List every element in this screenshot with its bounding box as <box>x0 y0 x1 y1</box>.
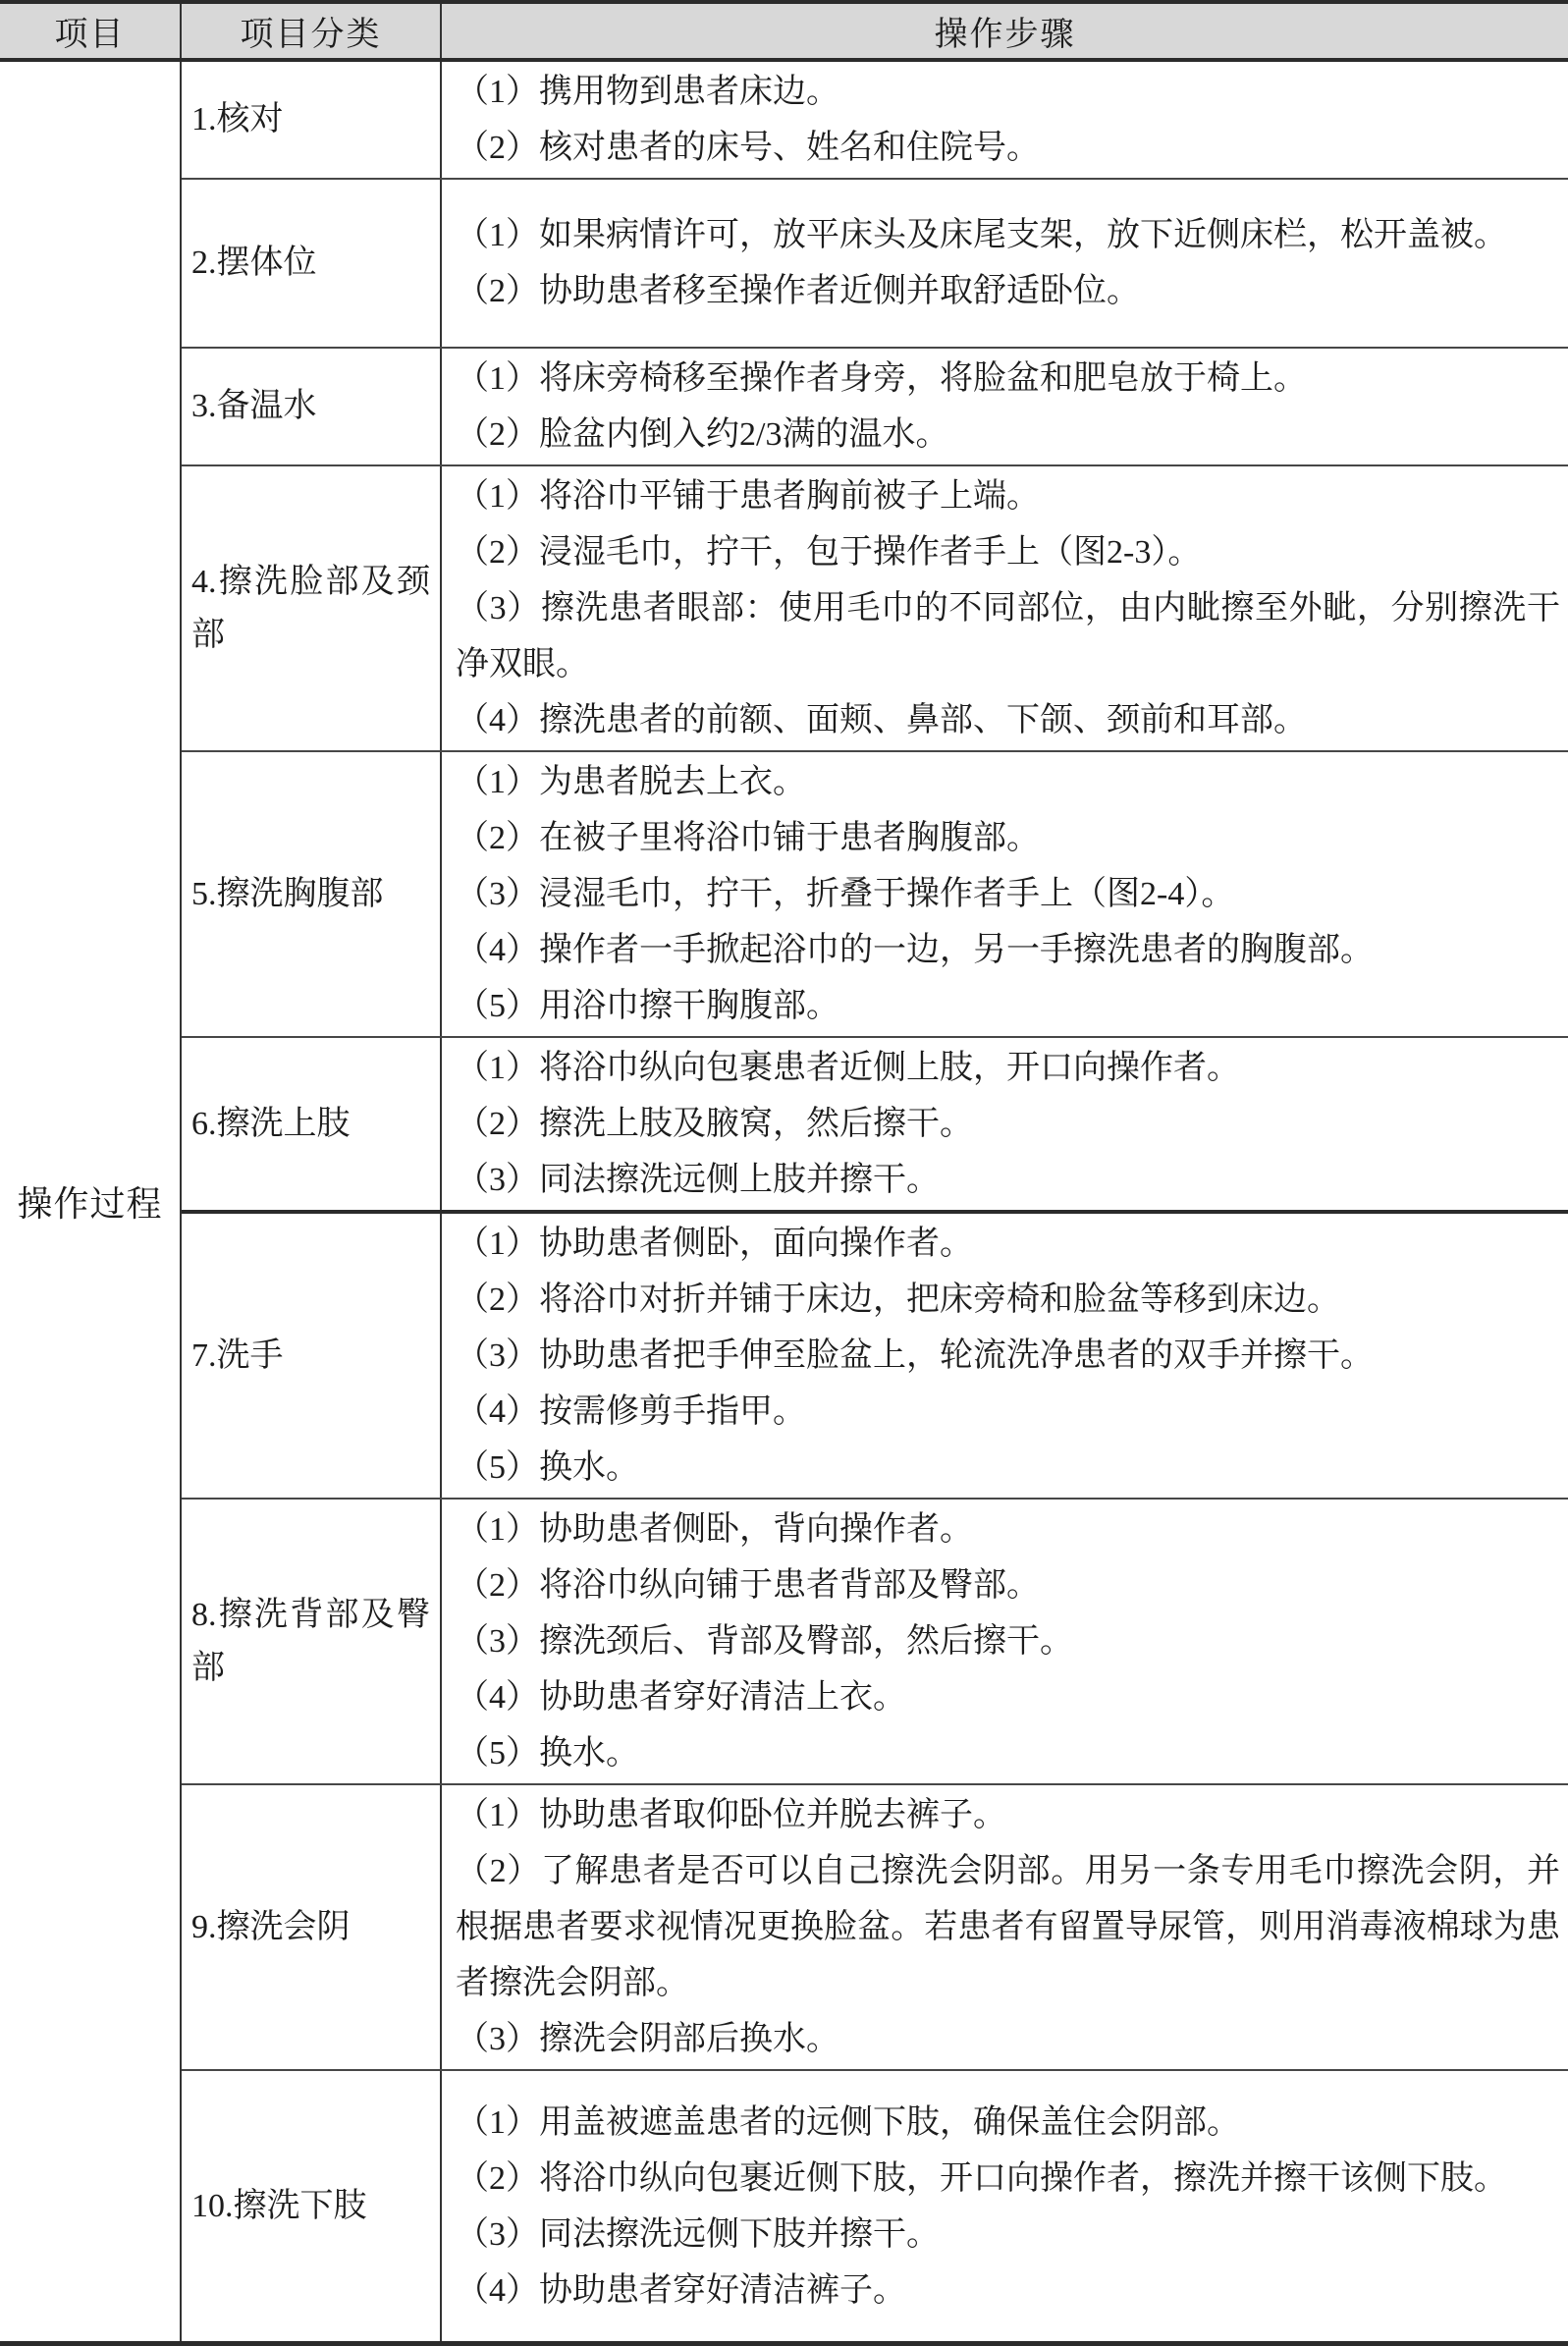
step-text: （4）擦洗患者的前额、面颊、鼻部、下颌、颈前和耳部。 <box>456 692 1560 748</box>
step-text: （1）将浴巾纵向包裹患者近侧上肢，开口向操作者。 <box>456 1040 1560 1096</box>
category-cell: 9.擦洗会阴 <box>182 1785 442 2069</box>
step-text: （2）浸湿毛巾，拧干，包于操作者手上（图2-3）。 <box>456 524 1560 580</box>
category-cell: 3.备温水 <box>182 349 442 464</box>
table-row: 4.擦洗脸部及颈部 （1）将浴巾平铺于患者胸前被子上端。 （2）浸湿毛巾，拧干，… <box>182 464 1568 750</box>
category-label: 3.备温水 <box>191 380 430 433</box>
row-group-label: 操作过程 <box>0 62 182 2341</box>
table-rows: 1.核对 （1）携用物到患者床边。 （2）核对患者的床号、姓名和住院号。 2.摆… <box>182 62 1568 2341</box>
step-text: （2）将浴巾纵向包裹近侧下肢，开口向操作者，擦洗并擦干该侧下肢。 <box>456 2151 1560 2207</box>
step-text: （3）擦洗颈后、背部及臀部，然后擦干。 <box>456 1613 1560 1669</box>
step-text: （1）协助患者取仰卧位并脱去裤子。 <box>456 1787 1560 1843</box>
category-label: 9.擦洗会阴 <box>191 1901 430 1954</box>
category-label: 4.擦洗脸部及颈部 <box>191 556 430 662</box>
steps-cell: （1）协助患者取仰卧位并脱去裤子。 （2）了解患者是否可以自己擦洗会阴部。用另一… <box>442 1785 1568 2069</box>
step-text: （3）协助患者把手伸至脸盆上，轮流洗净患者的双手并擦干。 <box>456 1328 1560 1384</box>
step-text: （3）同法擦洗远侧上肢并擦干。 <box>456 1152 1560 1208</box>
step-text: （5）换水。 <box>456 1440 1560 1496</box>
steps-cell: （1）将床旁椅移至操作者身旁，将脸盆和肥皂放于椅上。 （2）脸盆内倒入约2/3满… <box>442 349 1568 464</box>
step-text: （2）擦洗上肢及腋窝，然后擦干。 <box>456 1096 1560 1152</box>
table-row: 10.擦洗下肢 （1）用盖被遮盖患者的远侧下肢，确保盖住会阴部。 （2）将浴巾纵… <box>182 2069 1568 2341</box>
step-text: （1）如果病情许可，放平床头及床尾支架，放下近侧床栏，松开盖被。 <box>456 207 1560 263</box>
steps-cell: （1）用盖被遮盖患者的远侧下肢，确保盖住会阴部。 （2）将浴巾纵向包裹近侧下肢，… <box>442 2071 1568 2341</box>
table-row: 7.洗手 （1）协助患者侧卧，面向操作者。 （2）将浴巾对折并铺于床边，把床旁椅… <box>182 1210 1568 1498</box>
procedure-table: 项目 项目分类 操作步骤 操作过程 1.核对 （1）携用物到患者床边。 （2）核… <box>0 0 1568 2346</box>
steps-cell: （1）协助患者侧卧，背向操作者。 （2）将浴巾纵向铺于患者背部及臀部。 （3）擦… <box>442 1500 1568 1783</box>
category-cell: 6.擦洗上肢 <box>182 1038 442 1210</box>
table-row: 6.擦洗上肢 （1）将浴巾纵向包裹患者近侧上肢，开口向操作者。 （2）擦洗上肢及… <box>182 1036 1568 1210</box>
step-text: （5）换水。 <box>456 1725 1560 1781</box>
step-text: （1）为患者脱去上衣。 <box>456 754 1560 810</box>
step-text: （3）擦洗患者眼部：使用毛巾的不同部位，由内眦擦至外眦，分别擦洗干净双眼。 <box>456 580 1560 692</box>
table-row: 2.摆体位 （1）如果病情许可，放平床头及床尾支架，放下近侧床栏，松开盖被。 （… <box>182 178 1568 347</box>
step-text: （3）浸湿毛巾，拧干，折叠于操作者手上（图2-4）。 <box>456 866 1560 922</box>
table-row: 1.核对 （1）携用物到患者床边。 （2）核对患者的床号、姓名和住院号。 <box>182 62 1568 178</box>
step-text: （5）用浴巾擦干胸腹部。 <box>456 978 1560 1034</box>
steps-cell: （1）如果病情许可，放平床头及床尾支架，放下近侧床栏，松开盖被。 （2）协助患者… <box>442 180 1568 347</box>
step-text: （2）核对患者的床号、姓名和住院号。 <box>456 120 1560 176</box>
step-text: （2）了解患者是否可以自己擦洗会阴部。用另一条专用毛巾擦洗会阴，并根据患者要求视… <box>456 1843 1560 2011</box>
step-text: （1）将床旁椅移至操作者身旁，将脸盆和肥皂放于椅上。 <box>456 351 1560 407</box>
step-text: （1）用盖被遮盖患者的远侧下肢，确保盖住会阴部。 <box>456 2095 1560 2151</box>
category-cell: 1.核对 <box>182 62 442 178</box>
category-cell: 8.擦洗背部及臀部 <box>182 1500 442 1783</box>
step-text: （4）按需修剪手指甲。 <box>456 1384 1560 1440</box>
table-row: 8.擦洗背部及臀部 （1）协助患者侧卧，背向操作者。 （2）将浴巾纵向铺于患者背… <box>182 1498 1568 1783</box>
step-text: （4）操作者一手掀起浴巾的一边，另一手擦洗患者的胸腹部。 <box>456 922 1560 978</box>
category-label: 7.洗手 <box>191 1330 430 1383</box>
step-text: （2）脸盆内倒入约2/3满的温水。 <box>456 407 1560 463</box>
steps-cell: （1）为患者脱去上衣。 （2）在被子里将浴巾铺于患者胸腹部。 （3）浸湿毛巾，拧… <box>442 752 1568 1036</box>
category-label: 1.核对 <box>191 93 430 146</box>
category-cell: 4.擦洗脸部及颈部 <box>182 466 442 750</box>
category-label: 5.擦洗胸腹部 <box>191 868 430 921</box>
step-text: （1）将浴巾平铺于患者胸前被子上端。 <box>456 468 1560 524</box>
category-label: 10.擦洗下肢 <box>191 2180 430 2233</box>
step-text: （4）协助患者穿好清洁裤子。 <box>456 2263 1560 2319</box>
header-cell-item: 项目 <box>0 4 182 58</box>
category-label: 2.摆体位 <box>191 237 430 290</box>
steps-cell: （1）将浴巾纵向包裹患者近侧上肢，开口向操作者。 （2）擦洗上肢及腋窝，然后擦干… <box>442 1038 1568 1210</box>
steps-cell: （1）携用物到患者床边。 （2）核对患者的床号、姓名和住院号。 <box>442 62 1568 178</box>
steps-cell: （1）将浴巾平铺于患者胸前被子上端。 （2）浸湿毛巾，拧干，包于操作者手上（图2… <box>442 466 1568 750</box>
table-header: 项目 项目分类 操作步骤 <box>0 4 1568 62</box>
step-text: （1）协助患者侧卧，面向操作者。 <box>456 1216 1560 1272</box>
header-cell-steps: 操作步骤 <box>442 4 1568 58</box>
step-text: （2）将浴巾对折并铺于床边，把床旁椅和脸盆等移到床边。 <box>456 1272 1560 1328</box>
step-text: （2）协助患者移至操作者近侧并取舒适卧位。 <box>456 263 1560 319</box>
category-label: 8.擦洗背部及臀部 <box>191 1589 430 1695</box>
category-cell: 10.擦洗下肢 <box>182 2071 442 2341</box>
step-text: （2）将浴巾纵向铺于患者背部及臀部。 <box>456 1557 1560 1613</box>
category-cell: 7.洗手 <box>182 1214 442 1498</box>
category-label: 6.擦洗上肢 <box>191 1098 430 1151</box>
header-cell-category: 项目分类 <box>182 4 442 58</box>
table-row: 3.备温水 （1）将床旁椅移至操作者身旁，将脸盆和肥皂放于椅上。 （2）脸盆内倒… <box>182 347 1568 464</box>
steps-cell: （1）协助患者侧卧，面向操作者。 （2）将浴巾对折并铺于床边，把床旁椅和脸盆等移… <box>442 1214 1568 1498</box>
step-text: （2）在被子里将浴巾铺于患者胸腹部。 <box>456 810 1560 866</box>
table-body: 操作过程 1.核对 （1）携用物到患者床边。 （2）核对患者的床号、姓名和住院号… <box>0 62 1568 2341</box>
category-cell: 2.摆体位 <box>182 180 442 347</box>
step-text: （3）同法擦洗远侧下肢并擦干。 <box>456 2207 1560 2263</box>
category-cell: 5.擦洗胸腹部 <box>182 752 442 1036</box>
step-text: （3）擦洗会阴部后换水。 <box>456 2011 1560 2067</box>
step-text: （1）协助患者侧卧，背向操作者。 <box>456 1501 1560 1557</box>
step-text: （4）协助患者穿好清洁上衣。 <box>456 1669 1560 1725</box>
step-text: （1）携用物到患者床边。 <box>456 64 1560 120</box>
table-row: 5.擦洗胸腹部 （1）为患者脱去上衣。 （2）在被子里将浴巾铺于患者胸腹部。 （… <box>182 750 1568 1036</box>
table-row: 9.擦洗会阴 （1）协助患者取仰卧位并脱去裤子。 （2）了解患者是否可以自己擦洗… <box>182 1783 1568 2069</box>
